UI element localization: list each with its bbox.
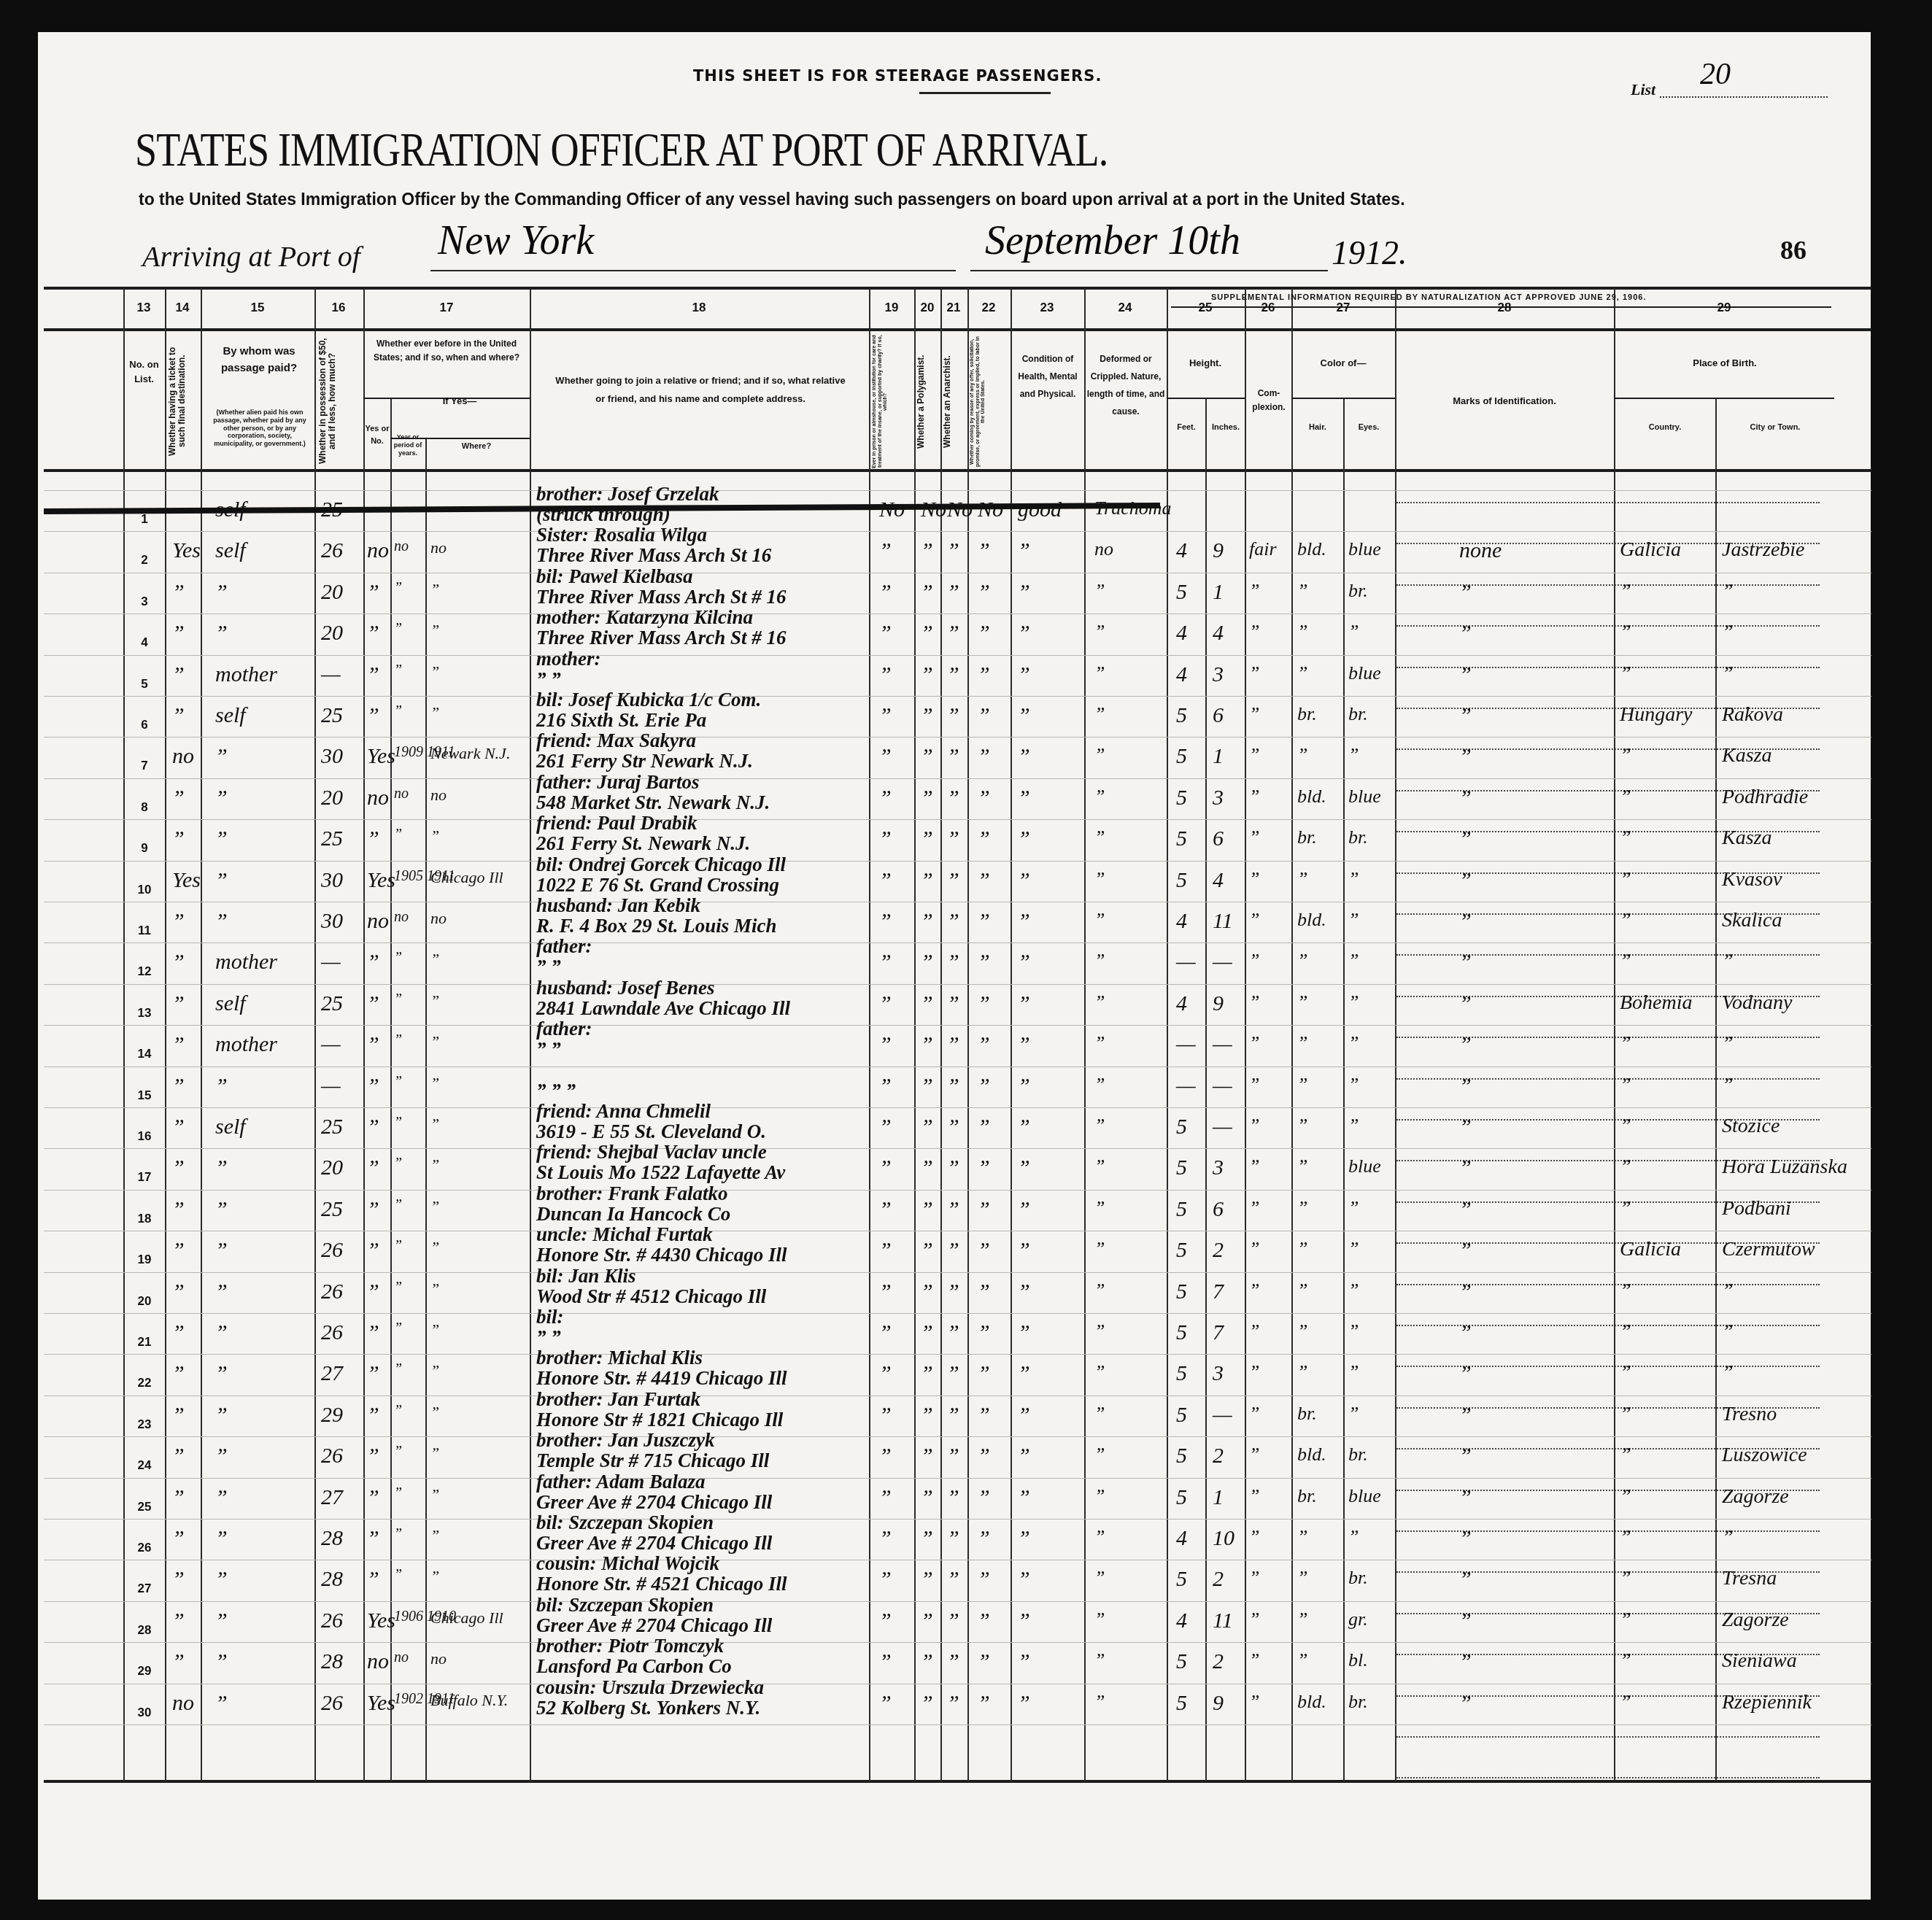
- health-cell: ”: [1018, 991, 1030, 1016]
- hair-color-cell: ”: [1297, 1526, 1307, 1548]
- complexion-cell: ”: [1249, 868, 1259, 890]
- hair-color-cell: ”: [1297, 662, 1307, 684]
- header-ticket: Whether having a ticket to such final de…: [168, 336, 198, 467]
- birth-city-cell: Rzepiennik: [1722, 1691, 1812, 1714]
- eye-color-cell: br.: [1348, 1444, 1368, 1466]
- table-row: 24””26”””””””””52”bld.br.””Luszowicebrot…: [0, 1433, 1932, 1474]
- money-cell: —: [321, 1032, 341, 1057]
- complexion-cell: ”: [1249, 1156, 1259, 1177]
- ticket-cell: ”: [172, 1444, 185, 1468]
- marks-cell: none: [1459, 538, 1502, 563]
- hair-color-cell: br.: [1297, 1403, 1317, 1425]
- contract-labor-cell: ”: [978, 1444, 990, 1468]
- column-number: 25: [1191, 301, 1220, 315]
- height-inches-cell: 4: [1213, 868, 1224, 893]
- hair-color-cell: ”: [1297, 868, 1307, 890]
- row-number: 28: [130, 1623, 159, 1638]
- eye-color-cell: ”: [1348, 909, 1359, 931]
- health-cell: ”: [1018, 1403, 1030, 1428]
- eye-color-cell: ”: [1348, 991, 1359, 1013]
- eye-color-cell: ”: [1348, 868, 1359, 890]
- passage-paid-cell: ”: [215, 1197, 228, 1222]
- money-cell: —: [321, 662, 341, 687]
- column-number: 19: [877, 301, 906, 315]
- list-number: 20: [1700, 57, 1731, 92]
- deformed-cell: ”: [1094, 1567, 1105, 1589]
- marks-cell: ”: [1459, 662, 1472, 687]
- birth-city-cell: Tresno: [1722, 1403, 1777, 1426]
- relative-name-cell: bil: Pawel Kielbasa: [536, 565, 692, 588]
- relative-address-cell: 216 Sixth St. Erie Pa: [536, 709, 706, 732]
- birth-country-cell: ”: [1620, 1691, 1631, 1714]
- table-row: 15””—”””””””””——””””””” ” ”: [0, 1064, 1932, 1104]
- height-feet-cell: 5: [1176, 580, 1187, 605]
- prison-cell: ”: [879, 1032, 892, 1057]
- birth-city-cell: ”: [1722, 1032, 1734, 1056]
- eye-color-cell: blue: [1348, 1485, 1381, 1507]
- prison-cell: ”: [879, 662, 892, 687]
- been-before-cell: ”: [367, 1074, 379, 1099]
- passage-paid-cell: self: [215, 703, 246, 728]
- been-before-cell: ”: [367, 1115, 379, 1139]
- marks-cell: ”: [1459, 1691, 1472, 1716]
- polygamist-cell: ”: [921, 786, 933, 810]
- birth-country-cell: ”: [1620, 909, 1631, 932]
- anarchist-cell: ”: [947, 1238, 959, 1263]
- column-number: 28: [1490, 301, 1519, 315]
- where-before-cell: ”: [430, 1156, 439, 1174]
- contract-labor-cell: ”: [978, 744, 990, 769]
- year-before-cell: ”: [394, 1567, 402, 1584]
- relative-name-cell: father: Adam Balaza: [536, 1471, 706, 1493]
- relative-name-cell: brother: Jan Furtak: [536, 1388, 700, 1411]
- been-before-cell: Yes: [367, 1609, 395, 1633]
- height-feet-cell: 4: [1176, 621, 1187, 646]
- money-cell: 28: [321, 1526, 343, 1551]
- row-number: 4: [130, 635, 159, 650]
- height-inches-cell: 9: [1213, 991, 1224, 1016]
- year-before-cell: ”: [394, 621, 402, 638]
- row-number: 14: [130, 1047, 159, 1061]
- health-cell: ”: [1018, 1280, 1030, 1304]
- birth-country-cell: ”: [1620, 1444, 1631, 1467]
- relative-name-cell: friend: Paul Drabik: [536, 812, 698, 835]
- been-before-cell: ”: [367, 1197, 379, 1222]
- row-number: 15: [130, 1088, 159, 1103]
- health-cell: ”: [1018, 1361, 1030, 1386]
- ticket-cell: ”: [172, 1485, 185, 1510]
- deformed-cell: ”: [1094, 1320, 1105, 1342]
- ticket-cell: ”: [172, 1156, 185, 1180]
- height-feet-cell: 5: [1176, 1320, 1187, 1345]
- passage-paid-cell: ”: [215, 1485, 228, 1510]
- passage-paid-cell: ”: [215, 1320, 228, 1345]
- relative-address-cell: Honore Str. # 4521 Chicago Ill: [536, 1573, 787, 1595]
- marks-cell: ”: [1459, 1526, 1472, 1551]
- where-before-cell: no: [430, 786, 447, 805]
- height-inches-cell: —: [1213, 1074, 1232, 1099]
- ticket-cell: ”: [172, 1074, 185, 1099]
- height-feet-cell: —: [1176, 1032, 1196, 1057]
- polygamist-cell: ”: [921, 991, 933, 1016]
- polygamist-cell: ”: [921, 1320, 933, 1345]
- relative-address-cell: ” ” ”: [536, 1080, 576, 1102]
- money-cell: —: [321, 1074, 341, 1099]
- hair-color-cell: ”: [1297, 744, 1307, 766]
- passage-paid-cell: self: [215, 991, 246, 1016]
- prison-cell: ”: [879, 1567, 892, 1592]
- year-before-cell: no: [394, 538, 409, 555]
- where-before-cell: ”: [430, 950, 439, 969]
- passage-paid-cell: ”: [215, 1074, 228, 1099]
- year-before-cell: ”: [394, 1526, 402, 1543]
- header-color-of: Color of—: [1293, 356, 1394, 371]
- table-row: 10Yes”30Yes1905 1911Chicago Ill””””””54”…: [0, 858, 1932, 899]
- relative-name-cell: father:: [536, 935, 592, 958]
- height-inches-cell: 6: [1213, 827, 1224, 851]
- ticket-cell: ”: [172, 580, 185, 605]
- health-cell: ”: [1018, 1320, 1030, 1345]
- year-before-cell: ”: [394, 662, 402, 679]
- relative-name-cell: bil: Ondrej Gorcek Chicago Ill: [536, 853, 786, 876]
- health-cell: ”: [1018, 1649, 1030, 1674]
- polygamist-cell: ”: [921, 827, 933, 851]
- relative-address-cell: Honore Str. # 4430 Chicago Ill: [536, 1244, 787, 1266]
- hair-color-cell: ”: [1297, 1280, 1307, 1301]
- birth-country-cell: ”: [1620, 1526, 1631, 1549]
- passage-paid-cell: ”: [215, 621, 228, 646]
- money-cell: 26: [321, 1320, 343, 1345]
- height-inches-cell: 6: [1213, 1197, 1224, 1222]
- marks-cell: ”: [1459, 868, 1472, 893]
- height-feet-cell: 5: [1176, 1485, 1187, 1510]
- table-row: 27””28”””””””””52””br.””Tresnacousin: Mi…: [0, 1557, 1932, 1598]
- height-feet-cell: 5: [1176, 1444, 1187, 1468]
- polygamist-cell: ”: [921, 909, 933, 934]
- health-cell: ”: [1018, 827, 1030, 851]
- hair-color-cell: ”: [1297, 950, 1307, 972]
- row-number: 23: [130, 1417, 159, 1432]
- been-before-cell: ”: [367, 991, 379, 1016]
- hair-color-cell: br.: [1297, 1485, 1317, 1507]
- table-row: 3””20”””””””””51””br.”””bil: Pawel Kielb…: [0, 570, 1932, 611]
- passage-paid-cell: ”: [215, 744, 228, 769]
- relative-name-cell: mother:: [536, 648, 601, 670]
- contract-labor-cell: ”: [978, 1526, 990, 1551]
- ticket-cell: Yes: [172, 868, 201, 893]
- header-eyes: Eyes.: [1344, 422, 1394, 434]
- arrival-date: September 10th: [985, 217, 1240, 264]
- relative-address-cell: 3619 - E 55 St. Cleveland O.: [536, 1120, 766, 1143]
- where-before-cell: ”: [430, 1361, 439, 1380]
- been-before-cell: Yes: [367, 1691, 395, 1716]
- birth-city-cell: ”: [1722, 621, 1734, 644]
- marks-cell: ”: [1459, 991, 1472, 1016]
- marks-cell: ”: [1459, 1197, 1472, 1222]
- contract-labor-cell: ”: [978, 1320, 990, 1345]
- complexion-cell: ”: [1249, 621, 1259, 643]
- polygamist-cell: ”: [921, 703, 933, 728]
- where-before-cell: ”: [430, 1197, 439, 1216]
- height-inches-cell: 1: [1213, 580, 1224, 605]
- contract-labor-cell: ”: [978, 1361, 990, 1386]
- birth-city-cell: Stozice: [1722, 1115, 1780, 1138]
- money-cell: 26: [321, 1609, 343, 1633]
- where-before-cell: ”: [430, 662, 439, 681]
- header-inches: Inches.: [1207, 422, 1245, 434]
- height-feet-cell: 4: [1176, 1526, 1187, 1551]
- where-before-cell: ”: [430, 621, 439, 640]
- eye-color-cell: gr.: [1348, 1609, 1368, 1630]
- passage-paid-cell: ”: [215, 1361, 228, 1386]
- marks-cell: ”: [1459, 950, 1472, 975]
- anarchist-cell: ”: [947, 1444, 959, 1468]
- prison-cell: ”: [879, 1526, 892, 1551]
- birth-city-cell: Podbani: [1722, 1197, 1791, 1220]
- height-inches-cell: 1: [1213, 1485, 1224, 1510]
- deformed-cell: no: [1094, 538, 1113, 560]
- birth-country-cell: ”: [1620, 827, 1631, 850]
- relative-name-cell: brother: Piotr Tomczyk: [536, 1635, 724, 1657]
- height-feet-cell: 5: [1176, 1403, 1187, 1428]
- header-prison: Ever in prison or almshouse, or institut…: [872, 334, 911, 469]
- anarchist-cell: No: [947, 498, 973, 522]
- relative-address-cell: Greer Ave # 2704 Chicago Ill: [536, 1532, 772, 1555]
- birth-country-cell: ”: [1620, 1485, 1631, 1509]
- polygamist-cell: ”: [921, 1609, 933, 1633]
- prison-cell: ”: [879, 1115, 892, 1139]
- marks-cell: ”: [1459, 1280, 1472, 1304]
- money-cell: 26: [321, 1691, 343, 1716]
- table-row: 16”self25”””””””””5—”””””Stozicefriend: …: [0, 1104, 1932, 1145]
- polygamist-cell: ”: [921, 1074, 933, 1099]
- height-feet-cell: 5: [1176, 1567, 1187, 1592]
- ticket-cell: ”: [172, 1280, 185, 1304]
- header-feet: Feet.: [1167, 422, 1205, 434]
- health-cell: ”: [1018, 538, 1030, 563]
- hair-color-cell: ”: [1297, 1074, 1307, 1096]
- hair-color-cell: ”: [1297, 991, 1307, 1013]
- column-number: 17: [432, 301, 461, 315]
- row-number: 20: [130, 1294, 159, 1309]
- dotted-guide: [1396, 1777, 1820, 1778]
- year-before-cell: ”: [394, 827, 402, 843]
- height-inches-cell: 2: [1213, 1238, 1224, 1263]
- money-cell: 20: [321, 1156, 343, 1180]
- relative-name-cell: husband: Jan Kebik: [536, 894, 700, 917]
- complexion-cell: ”: [1249, 1485, 1259, 1507]
- row-number: 12: [130, 964, 159, 979]
- money-cell: 27: [321, 1485, 343, 1510]
- passage-paid-cell: ”: [215, 1444, 228, 1468]
- row-number: 24: [130, 1458, 159, 1473]
- hair-color-cell: ”: [1297, 1197, 1307, 1219]
- prison-cell: ”: [879, 1074, 892, 1099]
- ticket-cell: ”: [172, 950, 185, 975]
- contract-labor-cell: ”: [978, 538, 990, 563]
- birth-country-cell: ”: [1620, 786, 1631, 809]
- height-inches-cell: 11: [1213, 1609, 1233, 1633]
- contract-labor-cell: ”: [978, 786, 990, 810]
- height-inches-cell: 3: [1213, 662, 1224, 687]
- contract-labor-cell: ”: [978, 1032, 990, 1057]
- sub-header-rule: [1291, 398, 1395, 399]
- prison-cell: ”: [879, 827, 892, 851]
- been-before-cell: ”: [367, 950, 379, 975]
- contract-labor-cell: ”: [978, 1074, 990, 1099]
- where-before-cell: ”: [430, 1074, 439, 1093]
- polygamist-cell: ”: [921, 1032, 933, 1057]
- health-cell: ”: [1018, 1156, 1030, 1180]
- column-number-rule: [44, 328, 1871, 331]
- height-inches-cell: 3: [1213, 1156, 1224, 1180]
- header-where: Where?: [426, 441, 527, 453]
- ticket-cell: ”: [172, 1403, 185, 1428]
- birth-city-cell: Vodnany: [1722, 991, 1792, 1015]
- anarchist-cell: ”: [947, 580, 959, 605]
- row-number: 22: [130, 1376, 159, 1390]
- arriving-label: Arriving at Port of: [142, 239, 360, 274]
- prison-cell: ”: [879, 950, 892, 975]
- header-passage-paid: By whom was passage paid?: [206, 343, 312, 377]
- been-before-cell: no: [367, 909, 389, 934]
- ticket-cell: ”: [172, 703, 185, 728]
- eye-color-cell: blue: [1348, 662, 1381, 684]
- deformed-cell: ”: [1094, 1609, 1105, 1630]
- row-number: 16: [130, 1129, 159, 1144]
- height-inches-cell: 2: [1213, 1649, 1224, 1674]
- deformed-cell: ”: [1094, 1156, 1105, 1177]
- marks-cell: ”: [1459, 1361, 1472, 1386]
- ticket-cell: ”: [172, 1197, 185, 1222]
- birth-country-cell: ”: [1620, 580, 1631, 603]
- deformed-cell: ”: [1094, 1361, 1105, 1383]
- height-inches-cell: 7: [1213, 1280, 1224, 1304]
- complexion-cell: ”: [1249, 1280, 1259, 1301]
- row-number: 10: [130, 883, 159, 897]
- page-title: STATES IMMIGRATION OFFICER AT PORT OF AR…: [135, 123, 1108, 178]
- marks-cell: ”: [1459, 580, 1472, 605]
- column-number: 13: [129, 301, 158, 315]
- year-before-cell: no: [394, 786, 409, 802]
- port-rule: [430, 270, 956, 271]
- contract-labor-cell: ”: [978, 580, 990, 605]
- marks-cell: ”: [1459, 827, 1472, 851]
- money-cell: 20: [321, 621, 343, 646]
- where-before-cell: ”: [430, 1567, 439, 1586]
- table-row: 5”mother—”””””””””43””blue”””mother:” ”: [0, 652, 1932, 693]
- birth-city-cell: Hora Luzanska: [1722, 1156, 1847, 1179]
- complexion-cell: fair: [1249, 538, 1277, 560]
- prison-cell: ”: [879, 703, 892, 728]
- height-inches-cell: 2: [1213, 1444, 1224, 1468]
- contract-labor-cell: ”: [978, 1485, 990, 1510]
- header-health: Condition of Health, Mental and Physical…: [1013, 350, 1083, 403]
- eye-color-cell: ”: [1348, 1238, 1359, 1260]
- money-cell: 26: [321, 1238, 343, 1263]
- year-before-cell: ”: [394, 1320, 402, 1337]
- health-cell: ”: [1018, 1691, 1030, 1716]
- eye-color-cell: blue: [1348, 538, 1381, 560]
- row-number: 5: [130, 677, 159, 692]
- where-before-cell: ”: [430, 1115, 439, 1134]
- height-inches-cell: 4: [1213, 621, 1224, 646]
- been-before-cell: ”: [367, 1485, 379, 1510]
- prison-cell: ”: [879, 1444, 892, 1468]
- prison-cell: ”: [879, 621, 892, 646]
- been-before-cell: no: [367, 1649, 389, 1674]
- passage-paid-cell: ”: [215, 1156, 228, 1180]
- year-before-cell: ”: [394, 703, 402, 720]
- eye-color-cell: ”: [1348, 1032, 1359, 1054]
- health-cell: ”: [1018, 1485, 1030, 1510]
- where-before-cell: ”: [430, 703, 439, 722]
- row-number: 6: [130, 718, 159, 732]
- list-number-rule: [1660, 96, 1828, 98]
- hair-color-cell: bld.: [1297, 786, 1326, 808]
- header-polygamist: Whether a Polygamist.: [916, 334, 938, 469]
- table-row: 20””26”””””””””57””””””bil: Jan KlisWood…: [0, 1269, 1932, 1310]
- table-row: 22””27”””””””””53””””””brother: Michal K…: [0, 1351, 1932, 1392]
- prison-cell: No: [879, 498, 905, 522]
- anarchist-cell: ”: [947, 786, 959, 810]
- polygamist-cell: ”: [921, 1115, 933, 1139]
- birth-city-cell: ”: [1722, 1280, 1734, 1303]
- sub-header-rule: [1614, 398, 1834, 399]
- marks-cell: ”: [1459, 1156, 1472, 1180]
- table-row: 17””20”””””””””53””blue””Hora Luzanskafr…: [0, 1145, 1932, 1186]
- contract-labor-cell: ”: [978, 1403, 990, 1428]
- marks-cell: ”: [1459, 1115, 1472, 1139]
- polygamist-cell: ”: [921, 744, 933, 769]
- passage-paid-cell: mother: [215, 950, 277, 975]
- row-number: 9: [130, 841, 159, 856]
- birth-city-cell: ”: [1722, 1361, 1734, 1385]
- relative-name-cell: bil: Szczepan Skopien: [536, 1511, 714, 1534]
- passage-paid-cell: ”: [215, 1403, 228, 1428]
- relative-address-cell: ” ”: [536, 668, 561, 691]
- birth-city-cell: Zagorze: [1722, 1609, 1789, 1632]
- relative-address-cell: 261 Ferry Str Newark N.J.: [536, 750, 753, 773]
- anarchist-cell: ”: [947, 1526, 959, 1551]
- height-inches-cell: 7: [1213, 1320, 1224, 1345]
- table-row: 6”self25”””””””””56”br.br.”HungaryRakova…: [0, 693, 1932, 734]
- passage-paid-cell: mother: [215, 662, 277, 687]
- where-before-cell: ”: [430, 1238, 439, 1257]
- eye-color-cell: ”: [1348, 1115, 1359, 1137]
- money-cell: 29: [321, 1403, 343, 1428]
- where-before-cell: Buffalo N.Y.: [430, 1691, 508, 1710]
- height-feet-cell: 5: [1176, 827, 1187, 851]
- list-label: List: [1631, 80, 1655, 99]
- prison-cell: ”: [879, 580, 892, 605]
- been-before-cell: ”: [367, 662, 379, 687]
- anarchist-cell: ”: [947, 1115, 959, 1139]
- prison-cell: ”: [879, 991, 892, 1016]
- polygamist-cell: ”: [921, 1156, 933, 1180]
- eye-color-cell: blue: [1348, 786, 1381, 808]
- polygamist-cell: ”: [921, 1526, 933, 1551]
- health-cell: ”: [1018, 703, 1030, 728]
- year-before-cell: ”: [394, 1032, 402, 1049]
- anarchist-cell: ”: [947, 1197, 959, 1222]
- height-feet-cell: —: [1176, 950, 1196, 975]
- money-cell: 30: [321, 744, 343, 769]
- height-feet-cell: 5: [1176, 1649, 1187, 1674]
- anarchist-cell: ”: [947, 662, 959, 687]
- birth-city-cell: Jastrzebie: [1722, 538, 1805, 562]
- ticket-cell: ”: [172, 827, 185, 851]
